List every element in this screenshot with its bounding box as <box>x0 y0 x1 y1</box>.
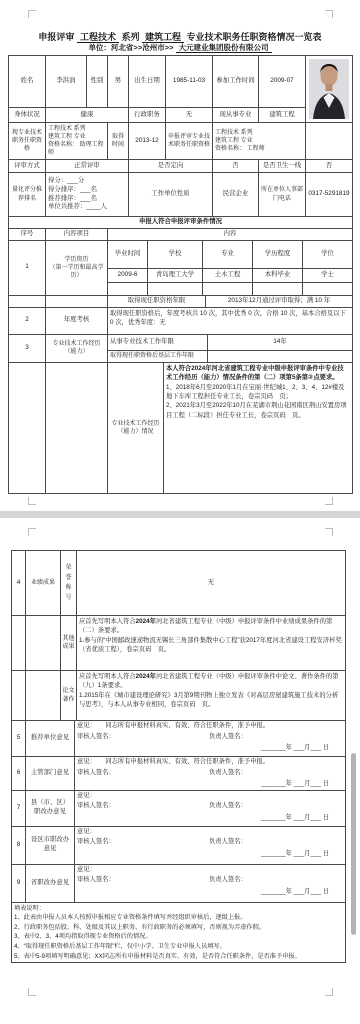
obtained-time-label: 取得时间 <box>108 123 129 160</box>
margin-mark <box>28 497 36 505</box>
review-method-value: 正常评审 <box>46 160 129 173</box>
tenure-value: 2013年12月通过评审取得；满 10 年 <box>206 295 353 307</box>
edu-value-cell: 青岛理工大学 <box>148 268 203 282</box>
exp-detail-requirement: 本人符合2024年河北省建筑工程专业中级申报评审条件中专业技术工作经历（能力）情… <box>166 364 350 383</box>
notes-title: 填表说明： <box>14 904 343 914</box>
other-achievements-label: 其他成果 <box>61 616 77 671</box>
empty-cell <box>46 295 108 307</box>
papers-requirement: 应首先写明本人符合2024年河北省建筑工程专业（中级）申报评审条件中论文、著作条… <box>79 672 343 691</box>
other-achievements-requirement: 应首先写明本人符合2024年河北省建筑工程专业（中级）申报评审条件中业绩成果条件… <box>79 617 343 636</box>
exp-years-label: 从事专业技术工作年限 <box>108 334 208 350</box>
empty-cell <box>306 123 353 160</box>
signature-line: 审核人签名：负责人签名： <box>77 769 343 778</box>
other-achievements-items: 1.参与的“中国邮政速递物流无锡长三角部件集散中心工程”获2017年度河北省建设… <box>79 636 343 655</box>
qualification-table: 现专业技术职务任职资格 工程技术 系列 建筑工程 专业 资格名称： 助理工程师 … <box>8 122 353 160</box>
admin-duty-label: 行政职务 <box>129 108 166 123</box>
annual-text: 取得现任职资格后，年度考核共 10 次，其中优秀 0 次，合格 10 次，基本合… <box>108 307 353 334</box>
grassroots-label: 取得现任职资格后基层工作年限 <box>108 350 208 362</box>
seq-col-label: 序号 <box>9 229 46 241</box>
education-table: 1 学历资历 （第一学历和最高学历） 毕业时间 学校 专业 学历程度 学位 20… <box>8 240 353 296</box>
date-line: _______年 ___月___ 日 <box>77 814 343 823</box>
empty-cell <box>26 671 61 721</box>
birth-value: 1985-11-03 <box>166 56 213 108</box>
frontline-label: 是否卫生一线 <box>259 160 306 173</box>
empty-cell <box>208 350 353 362</box>
directed-value: 否 <box>213 160 259 173</box>
opinion-label: 推荐单位意见 <box>26 721 75 757</box>
edu-header-cell: 学历程度 <box>253 240 303 268</box>
other-achievements-table: 其他成果 应首先写明本人符合2024年河北省建筑工程专业（中级）申报评审条件中业… <box>11 615 346 671</box>
honor-label: 荣誉称号 <box>61 551 77 616</box>
opinion-table-7: 7 县（市、区）职改办意见 意见： 审核人签名：负责人签名： _______年 … <box>11 790 346 827</box>
gender-value: 男 <box>108 56 129 108</box>
date-line: _______年 ___月___ 日 <box>77 888 343 897</box>
opinion-content: 意见： 审核人签名：负责人签名： _______年 ___月___ 日 <box>75 864 346 902</box>
opinion-content: 意见： 审核人签名：负责人签名： _______年 ___月___ 日 <box>75 826 346 864</box>
annual-label: 年度考核 <box>46 307 108 334</box>
margin-mark <box>325 497 333 505</box>
health-label: 身体状况 <box>9 108 46 123</box>
title-prefix: 申报评审 <box>38 32 74 42</box>
gender-label: 性别 <box>87 56 108 108</box>
join-label: 参加工作时间 <box>213 56 259 108</box>
empty-cell <box>26 616 61 671</box>
empty-cell <box>203 282 253 295</box>
name-label: 姓名 <box>9 56 46 108</box>
empty-cell <box>46 362 108 493</box>
current-qual-detail: 工程技术 系列 建筑工程 专业 资格名称： 助理工程师 <box>46 123 108 160</box>
papers-table: 论文著作 应首先写明本人符合2024年河北省建筑工程专业（中级）申报评审条件中论… <box>11 670 346 721</box>
page-separator <box>0 511 360 518</box>
papers-label: 论文著作 <box>61 671 77 721</box>
edu-value-cell: 本科毕业 <box>253 268 303 282</box>
vertical-scrollbar-thumb[interactable] <box>351 753 356 935</box>
annual-assessment-table: 2 年度考核 取得现任职资格后，年度考核共 10 次，其中优秀 0 次，合格 1… <box>8 307 353 335</box>
papers-items: 1.2015年在《城市建设理论研究》3月第9期刊物上独立发表《对高层房屋建筑施工… <box>79 691 343 710</box>
page-2: 4 业绩成果 荣誉称号 无 其他成果 应首先写明本人符合2024年河北省建筑工程… <box>0 518 360 1024</box>
notes-line: 1、此表由申报人员本人按照申报相应专业资格条件填写并经组织审核后，逐级上报。 <box>14 913 343 923</box>
honor-value: 无 <box>77 551 346 616</box>
margin-mark <box>325 988 333 996</box>
experience-table: 3 专业技术工作经历（能力） 从事专业技术工作年限 14年 取得现任职资格后基层… <box>8 334 353 363</box>
opinion-content: 意见： 同志所有申报材料真实、有效、符合任职条件，准予申报。 审核人签名：负责人… <box>75 757 346 791</box>
opinion-seq: 7 <box>12 790 26 826</box>
other-achievements-text: 应首先写明本人符合2024年河北省建筑工程专业（中级）申报评审条件中业绩成果条件… <box>77 616 346 671</box>
form-table-page2: 4 业绩成果 荣誉称号 无 其他成果 应首先写明本人符合2024年河北省建筑工程… <box>11 550 346 963</box>
page-1: 申报评审 工程技术 系列 建筑工程 专业技术职务任职资格情况一览表 单位：河北省… <box>0 0 360 511</box>
opinion-table-8: 8 设区市职改办意见 意见： 审核人签名：负责人签名： _______年 ___… <box>11 826 346 865</box>
score-label: 量化评分推荐排名 <box>9 173 46 217</box>
ach-seq: 4 <box>12 551 26 616</box>
empty-cell <box>9 362 46 493</box>
opinion-text: 意见： 同志所有申报材料真实、有效、符合任职条件，准予申报。 <box>77 758 343 767</box>
notes-line: 2、行政职务包括股、科、处级及其以上职务、有行政职务的必须填写，否则视为弄虚作假… <box>14 923 343 933</box>
opinion-seq: 9 <box>12 864 26 902</box>
opinion-label: 县（市、区）职改办意见 <box>26 790 75 826</box>
papers-text: 应首先写明本人符合2024年河北省建筑工程专业（中级）申报评审条件中论文、著作条… <box>77 671 346 721</box>
opinion-text: 意见： <box>77 792 343 801</box>
opinion-seq: 8 <box>12 826 26 864</box>
photo-cell <box>306 56 353 123</box>
notes-line: 3、表中2、3、4项均指取得现专业资格后的情况。 <box>14 932 343 942</box>
date-line: _______年 ___月___ 日 <box>77 850 343 859</box>
exp-detail-text: 本人符合2024年河北省建筑工程专业中级申报评审条件中专业技术工作经历（能力）情… <box>164 362 353 493</box>
signature-line: 审核人签名：负责人签名： <box>77 876 343 885</box>
ach-item-label: 业绩成果 <box>26 551 61 616</box>
edu-value-cell: 2009-6 <box>108 268 148 282</box>
exp-seq: 3 <box>9 334 46 362</box>
edu-item-label: 学历资历 （第一学历和最高学历） <box>46 240 108 295</box>
exp-detail-label: 专业技术工作经历（能力）情况 <box>108 362 164 493</box>
apply-qual-label: 申报评审专业技术职务任职资格 <box>166 123 213 160</box>
edu-seq: 1 <box>9 240 46 295</box>
profession-value: 建筑工程 <box>259 108 306 123</box>
admin-duty-value: 无 <box>166 108 213 123</box>
experience-detail-table: 专业技术工作经历（能力）情况 本人符合2024年河北省建筑工程专业中级申报评审条… <box>8 362 353 494</box>
honor-table: 4 业绩成果 荣誉称号 无 <box>11 550 346 616</box>
score-detail: 得分：___分 得分排序：___名 推荐排序：___名 单位共推荐：____人 <box>46 173 129 217</box>
edu-header-cell: 专业 <box>203 240 253 268</box>
join-value: 2009-07 <box>259 56 306 108</box>
notes-cell: 填表说明： 1、此表由申报人员本人按照申报相应专业资格条件填写并经组织审核后，逐… <box>12 902 346 963</box>
empty-cell <box>108 282 148 295</box>
exp-detail-items: 1、2018年6月至2020年1月在宝丽·世纪城1、2、3、4、12#楼及地下车… <box>166 383 350 421</box>
notes-line: 4、“取得现任职资格后基层工作年限”栏，仅中小学、卫生专业申报人员填写。 <box>14 942 343 952</box>
section-title: 申报人符合申报评审条件情况 <box>9 217 353 229</box>
unit-prefix: 单位：河北省>>沧州市>> <box>88 43 173 52</box>
signature-line: 审核人签名：负责人签名： <box>77 802 343 811</box>
margin-mark <box>28 528 36 536</box>
frontline-value: 否 <box>306 160 353 173</box>
basic-info-table: 姓名 李洪润 性别 男 出生日期 1985-11-03 参加工作时间 2009-… <box>8 55 353 123</box>
signature-line: 审核人签名：负责人签名： <box>77 838 343 847</box>
unit-type-value: 民营企业 <box>213 173 259 217</box>
opinion-content: 意见： 同志所有申报材料真实、有效、符合任职条件，准予申报。 审核人签名：负责人… <box>75 721 346 757</box>
applicant-photo <box>309 59 349 119</box>
edu-header-cell: 学校 <box>148 240 203 268</box>
opinion-text: 意见： 同志所有申报材料真实、有效、符合任职条件，准予申报。 <box>77 722 343 731</box>
unit-type-label: 工作单位性质 <box>129 173 213 217</box>
empty-cell <box>12 671 26 721</box>
opinion-seq: 5 <box>12 721 26 757</box>
empty-cell <box>12 616 26 671</box>
tenure-label: 取得现任职资格年限 <box>108 295 206 307</box>
edu-value-cell: 学士 <box>303 268 353 282</box>
date-line: _______年 ___月___ 日 <box>77 744 343 753</box>
birth-label: 出生日期 <box>129 56 166 108</box>
form-table-page1: 姓名 李洪润 性别 男 出生日期 1985-11-03 参加工作时间 2009-… <box>8 55 353 494</box>
profession-label: 现从事专业 <box>213 108 259 123</box>
margin-mark <box>325 10 333 18</box>
apply-qual-detail: 工程技术 系列 建筑工程 专业 资格名称： 工程师 <box>213 123 306 160</box>
hr-phone-label: 所在单位人事部门电话 <box>259 173 306 217</box>
opinion-text: 意见： <box>77 866 343 875</box>
exp-item-label: 专业技术工作经历（能力） <box>46 334 108 362</box>
opinion-text: 意见： <box>77 828 343 837</box>
obtained-time-value: 2013-12 <box>129 123 166 160</box>
margin-mark <box>28 10 36 18</box>
item-col-label: 内容项目 <box>46 229 108 241</box>
hr-phone-value: 0317-5291819 <box>306 173 353 217</box>
opinion-label: 主管部门意见 <box>26 757 75 791</box>
health-value: 健康 <box>46 108 129 123</box>
score-table: 量化评分推荐排名 得分：___分 得分排序：___名 推荐排序：___名 单位共… <box>8 172 353 217</box>
opinion-label: 省职改办意见 <box>26 864 75 902</box>
unit-line: 单位：河北省>>沧州市>> 大元建业集团股份有限公司 <box>0 42 360 53</box>
annual-seq: 2 <box>9 307 46 334</box>
margin-mark <box>28 988 36 996</box>
opinion-table-6: 6 主管部门意见 意见： 同志所有申报材料真实、有效、符合任职条件，准予申报。 … <box>11 756 346 791</box>
empty-cell <box>303 282 353 295</box>
name-value: 李洪润 <box>46 56 87 108</box>
edu-header-cell: 学位 <box>303 240 353 268</box>
title-mid: 系列 <box>121 32 139 42</box>
notes-line: 5、表中5-9项填写明确意见；XX同志所有申报材料是否真实、有效，是否符合任职条… <box>14 952 343 962</box>
signature-line: 审核人签名：负责人签名： <box>77 733 343 742</box>
opinion-seq: 6 <box>12 757 26 791</box>
directed-label: 是否定向 <box>129 160 213 173</box>
empty-cell <box>253 282 303 295</box>
review-method-table: 评审方式 正常评审 是否定向 否 是否卫生一线 否 <box>8 159 353 173</box>
exp-years-value: 14年 <box>208 334 353 350</box>
edu-header-cell: 毕业时间 <box>108 240 148 268</box>
current-qual-label: 现专业技术职务任职资格 <box>9 123 46 160</box>
empty-cell <box>148 282 203 295</box>
edu-value-cell: 土木工程 <box>203 268 253 282</box>
margin-mark <box>325 528 333 536</box>
opinion-table-9: 9 省职改办意见 意见： 审核人签名：负责人签名： _______年 ___月_… <box>11 864 346 903</box>
review-method-label: 评审方式 <box>9 160 46 173</box>
opinion-table-5: 5 推荐单位意见 意见： 同志所有申报材料真实、有效、符合任职条件，准予申报。 … <box>11 720 346 757</box>
empty-cell <box>9 295 46 307</box>
title-suffix: 专业技术职务任职资格情况一览表 <box>187 32 322 42</box>
notes-table: 填表说明： 1、此表由申报人员本人按照申报相应专业资格条件填写并经组织审核后，逐… <box>11 902 346 964</box>
date-line: _______年 ___月___ 日 <box>77 780 343 789</box>
opinion-content: 意见： 审核人签名：负责人签名： _______年 ___月___ 日 <box>75 790 346 826</box>
unit-name: 大元建业集团股份有限公司 <box>176 43 272 53</box>
content-col-label: 内容 <box>108 229 353 241</box>
opinion-label: 设区市职改办意见 <box>26 826 75 864</box>
